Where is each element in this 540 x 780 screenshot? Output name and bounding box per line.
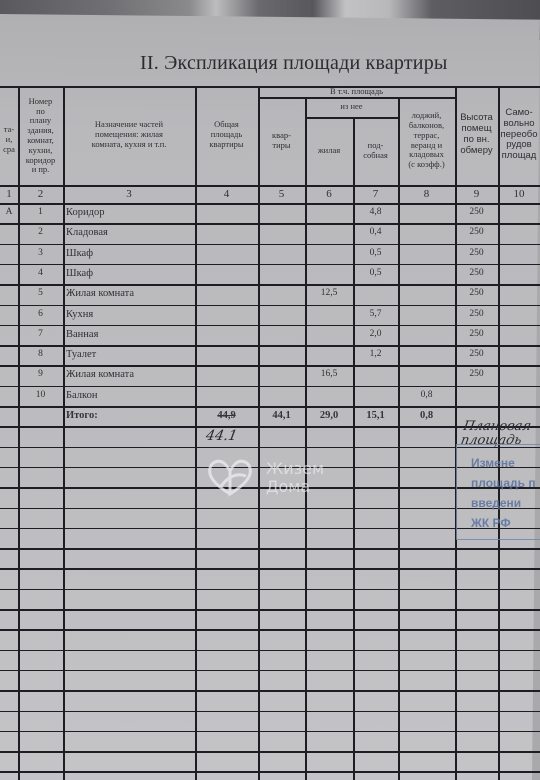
column-number: 1	[0, 188, 18, 201]
grid-line-h	[0, 629, 540, 631]
table-cell-auxiliary: 1,2	[353, 349, 398, 360]
header-unauthorized-area: Само- вольно переобо рудов площад	[498, 86, 540, 184]
totals-apartment: 44,1	[258, 410, 305, 422]
column-number: 2	[18, 188, 63, 201]
table-cell-num: 7	[18, 329, 63, 340]
table-cell-name: Туалет	[66, 349, 198, 361]
grid-line-h	[0, 751, 540, 753]
table-cell-name: Жилая комната	[66, 288, 198, 300]
table-cell-name: Шкаф	[66, 248, 198, 260]
heart-logo-icon	[206, 458, 254, 498]
table-cell-num: 9	[18, 369, 63, 380]
watermark-line1: Жизем	[266, 460, 324, 478]
explication-table: та- и, сраНомер по плану здания, комнат,…	[0, 0, 540, 780]
grid-line-h	[0, 426, 540, 428]
header-apartment-area: квар- тиры	[258, 97, 305, 184]
grid-line-h	[0, 305, 540, 307]
grid-line-h	[0, 731, 540, 733]
table-cell-name: Жилая комната	[66, 369, 198, 381]
table-cell-num: 10	[18, 390, 63, 401]
table-cell-name: Балкон	[66, 390, 198, 402]
grid-line-h	[0, 325, 540, 327]
header-group-including: В т.ч. площадь	[258, 86, 455, 97]
table-cell-num: 6	[18, 309, 63, 320]
column-number: 6	[305, 188, 353, 201]
header-room-purpose: Назначение частей помещения: жилая комна…	[63, 86, 195, 184]
handwritten-total: 44.1	[205, 428, 239, 444]
table-cell-c1: А	[0, 207, 18, 218]
stamp-text: Измене площадь п введени ЖК РФ	[471, 445, 540, 533]
table-cell-name: Ванная	[66, 329, 198, 341]
table-cell-num: 5	[18, 288, 63, 299]
grid-line-h	[0, 244, 540, 246]
grid-line-h	[0, 609, 540, 611]
table-cell-auxiliary: 0,5	[353, 248, 398, 259]
table-cell-living: 16,5	[305, 369, 353, 380]
grid-line-h	[0, 345, 540, 347]
table-cell-auxiliary: 0,4	[353, 227, 398, 238]
column-number: 5	[258, 188, 305, 201]
column-number: 9	[455, 188, 498, 201]
table-cell-auxiliary: 2,0	[353, 329, 398, 340]
table-cell-height: 250	[455, 349, 498, 360]
table-cell-name: Кухня	[66, 309, 198, 321]
grid-line-h	[0, 568, 540, 570]
table-cell-auxiliary: 5,7	[353, 309, 398, 320]
table-cell-height: 250	[455, 329, 498, 340]
header-balcony-area: лоджий, балконов, террас, веранд и кладо…	[398, 97, 455, 184]
grid-line-h	[0, 185, 540, 187]
header-room-height: Высота помещ по вн. обмеру	[455, 86, 498, 184]
approval-stamp: Измене площадь п введени ЖК РФ	[456, 444, 540, 540]
header-plan-number: Номер по плану здания, комнат, кухни, ко…	[18, 88, 63, 184]
table-cell-height: 250	[455, 288, 498, 299]
table-cell-height: 250	[455, 248, 498, 259]
grid-line-h	[0, 670, 540, 672]
table-cell-height: 250	[455, 227, 498, 238]
totals-living: 29,0	[305, 410, 353, 422]
grid-line-h	[0, 365, 540, 367]
grid-line-h	[0, 284, 540, 286]
table-cell-num: 4	[18, 268, 63, 279]
table-cell-name: Шкаф	[66, 268, 198, 280]
column-number: 10	[498, 188, 540, 201]
grid-line-h	[0, 771, 540, 773]
table-cell-num: 8	[18, 349, 63, 360]
table-cell-living: 12,5	[305, 288, 353, 299]
grid-line-h	[0, 203, 540, 205]
table-cell-name: Кладовая	[66, 227, 198, 239]
column-number: 8	[398, 188, 455, 201]
totals-balcony: 0,8	[398, 410, 455, 422]
column-number: 4	[195, 188, 258, 201]
grid-line-h	[0, 690, 540, 692]
header-auxiliary-area: под- собная	[353, 117, 398, 184]
grid-line-h	[0, 650, 540, 652]
header-col1: та- и, сра	[0, 100, 18, 180]
totals-label: Итого:	[66, 410, 186, 422]
grid-line-h	[0, 264, 540, 266]
table-cell-num: 2	[18, 227, 63, 238]
column-number: 3	[63, 188, 195, 201]
grid-line-h	[0, 223, 540, 225]
table-cell-height: 250	[455, 207, 498, 218]
grid-line-h	[0, 548, 540, 550]
totals-total-struck: 44,9	[195, 410, 258, 422]
header-group-of-which: из нее	[305, 97, 398, 117]
table-cell-height: 250	[455, 369, 498, 380]
grid-line-h	[0, 386, 540, 388]
totals-auxiliary: 15,1	[353, 410, 398, 422]
grid-line-h	[0, 589, 540, 591]
table-cell-name: Коридор	[66, 207, 198, 219]
table-cell-height: 250	[455, 309, 498, 320]
grid-line-h	[0, 711, 540, 713]
table-cell-balcony: 0,8	[398, 390, 455, 401]
watermark-line2: Дома	[266, 478, 324, 496]
table-cell-auxiliary: 4,8	[353, 207, 398, 218]
header-total-area: Общая площадь квартиры	[195, 86, 258, 184]
grid-line-h	[0, 406, 540, 408]
table-cell-num: 1	[18, 207, 63, 218]
header-living-area: жилая	[305, 117, 353, 184]
table-cell-num: 3	[18, 248, 63, 259]
table-cell-height: 250	[455, 268, 498, 279]
column-number: 7	[353, 188, 398, 201]
table-cell-auxiliary: 0,5	[353, 268, 398, 279]
